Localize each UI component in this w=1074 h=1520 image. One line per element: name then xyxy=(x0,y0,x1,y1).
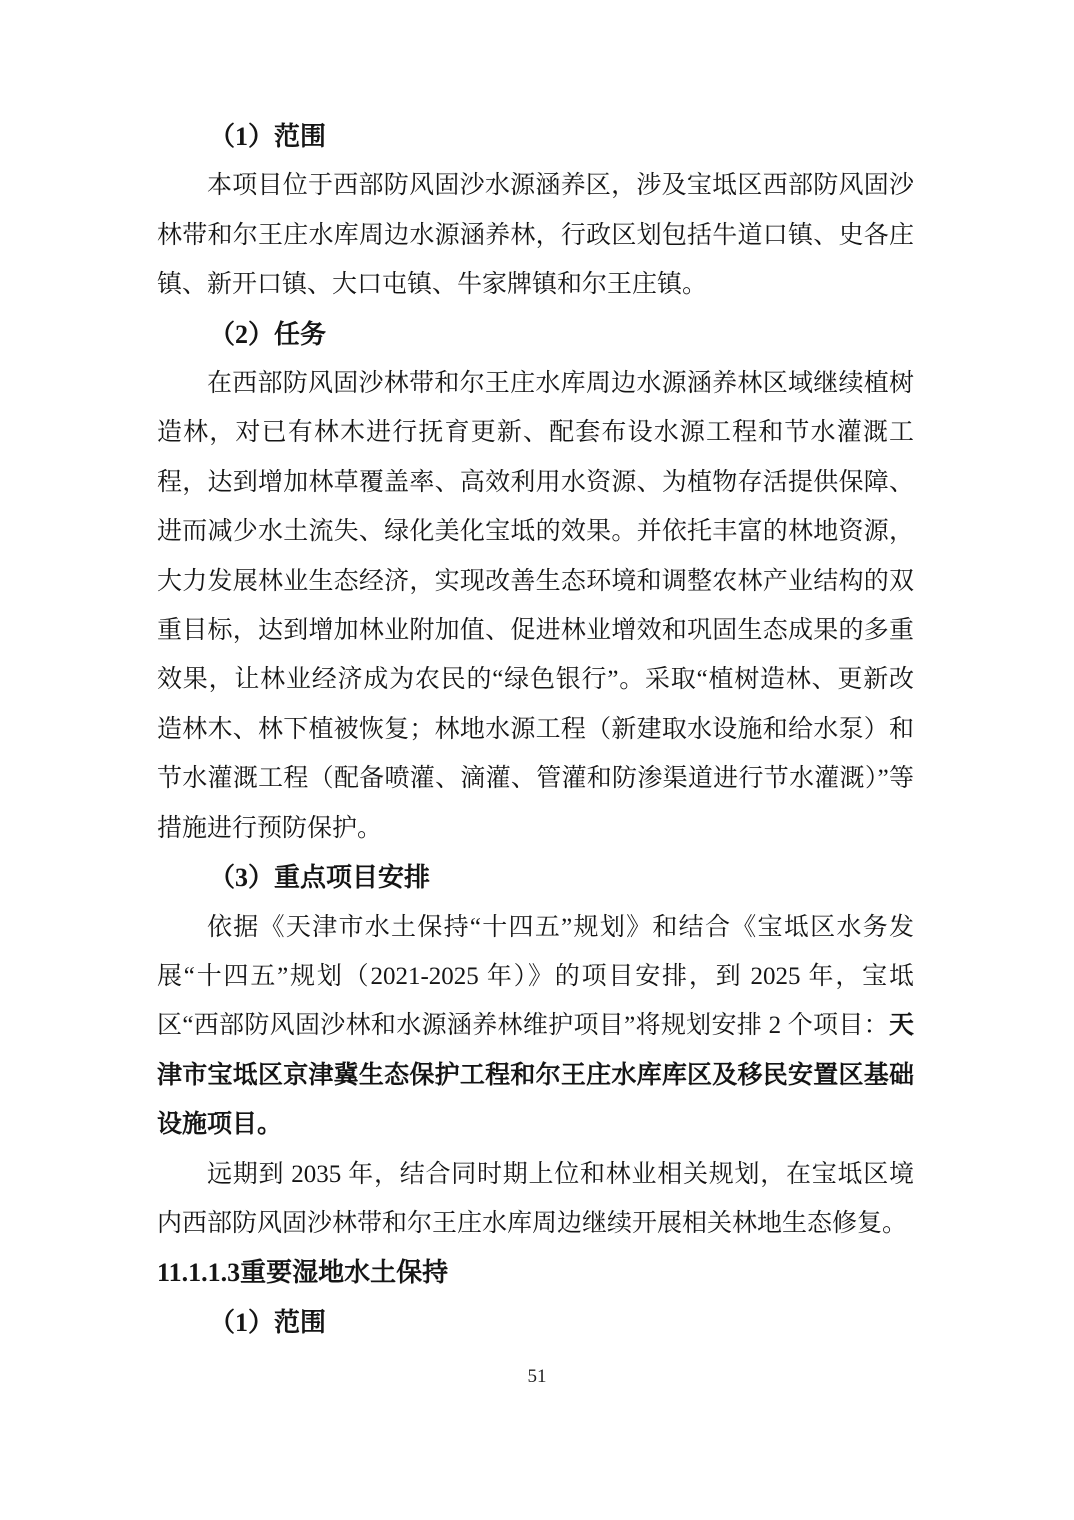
text-run: 本项目位于西部防风固沙水源涵养区，涉及宝坻区西部防风固沙林带和尔王庄水库周边水源… xyxy=(157,172,914,298)
page-number: 51 xyxy=(0,1366,1074,1388)
document-page: （1）范围本项目位于西部防风固沙水源涵养区，涉及宝坻区西部防风固沙林带和尔王庄水… xyxy=(0,0,1074,1520)
heading-key-projects: （3）重点项目安排 xyxy=(157,853,914,902)
text-run: 远期到 2035 年，结合同时期上位和林业相关规划，在宝坻区境内西部防风固沙林带… xyxy=(157,1161,914,1237)
bold-text-run: （1）范围 xyxy=(209,122,326,151)
document-body: （1）范围本项目位于西部防风固沙水源涵养区，涉及宝坻区西部防风固沙林带和尔王庄水… xyxy=(157,112,914,1347)
paragraph-key-projects: 依据《天津市水土保持“十四五”规划》和结合《宝坻区水务发展“十四五”规划（202… xyxy=(157,903,914,1150)
bold-text-run: （3）重点项目安排 xyxy=(209,863,430,892)
bold-text-run: 11.1.1.3重要湿地水土保持 xyxy=(157,1258,448,1287)
bold-text-run: （2）任务 xyxy=(209,320,326,349)
heading-task: （2）任务 xyxy=(157,310,914,359)
section-heading-11-1-1-3: 11.1.1.3重要湿地水土保持 xyxy=(157,1248,914,1297)
paragraph-task: 在西部防风固沙林带和尔王庄水库周边水源涵养林区域继续植树造林，对已有林木进行抚育… xyxy=(157,359,914,853)
text-run: 依据《天津市水土保持“十四五”规划》和结合《宝坻区水务发展“十四五”规划（202… xyxy=(157,914,914,1040)
heading-scope-2: （1）范围 xyxy=(157,1298,914,1347)
paragraph-long-term: 远期到 2035 年，结合同时期上位和林业相关规划，在宝坻区境内西部防风固沙林带… xyxy=(157,1150,914,1249)
heading-scope-1: （1）范围 xyxy=(157,112,914,161)
bold-text-run: （1）范围 xyxy=(209,1308,326,1337)
text-run: 在西部防风固沙林带和尔王庄水库周边水源涵养林区域继续植树造林，对已有林木进行抚育… xyxy=(157,370,914,842)
paragraph-scope: 本项目位于西部防风固沙水源涵养区，涉及宝坻区西部防风固沙林带和尔王庄水库周边水源… xyxy=(157,161,914,309)
